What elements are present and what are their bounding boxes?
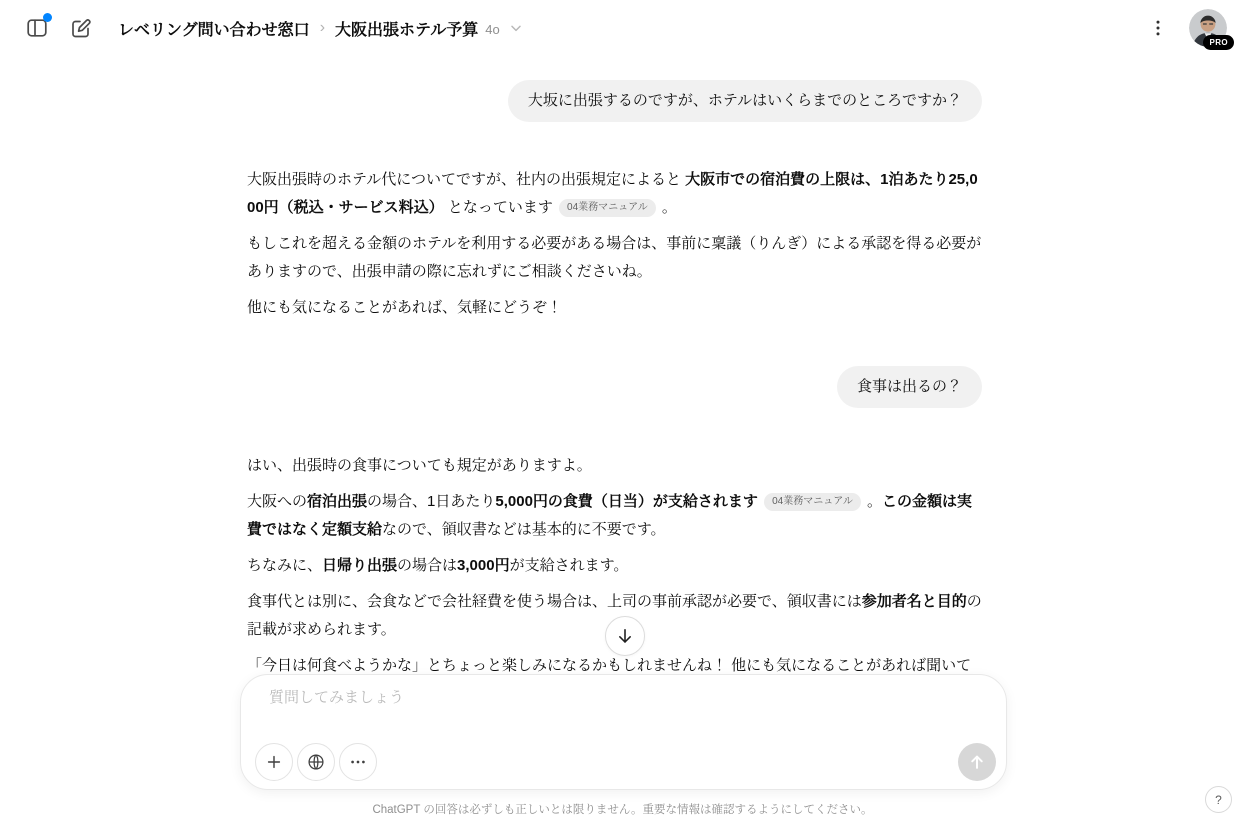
user-message-bubble: 食事は出るの？ xyxy=(837,366,982,408)
assistant-message: 大阪出張時のホテル代についてですが、社内の出張規定によると 大阪市での宿泊費の上… xyxy=(247,166,982,322)
text-segment: となっています xyxy=(444,199,557,216)
citation-badge[interactable]: 04業務マニュアル xyxy=(764,493,861,511)
text-segment: なので、領収書などは基本的に不要です。 xyxy=(382,521,666,538)
conversation: 大坂に出張するのですが、ホテルはいくらまでのところですか？大阪出張時のホテル代に… xyxy=(247,80,982,708)
top-bar: レベリング問い合わせ窓口 › 大阪出張ホテル予算 4o xyxy=(0,0,1245,56)
send-button[interactable] xyxy=(958,743,996,781)
text-segment: 食事代とは別に、会食などで会社経費を使う場合は、上司の事前承認が必要で、領収書に… xyxy=(247,593,862,610)
kebab-menu-icon xyxy=(1148,18,1168,38)
text-segment: 他にも気になることがあれば、気軽にどうぞ！ xyxy=(247,299,562,316)
attach-button[interactable] xyxy=(255,743,293,781)
user-message-row: 大坂に出張するのですが、ホテルはいくらまでのところですか？ xyxy=(247,80,982,122)
text-segment: 。 xyxy=(863,493,882,510)
model-label: 4o xyxy=(485,22,499,37)
citation-badge[interactable]: 04業務マニュアル xyxy=(559,199,656,217)
bold-text: 5,000円の食費（日当）が支給されます xyxy=(495,493,758,510)
message-input[interactable] xyxy=(269,689,988,706)
text-segment: 。 xyxy=(658,199,677,216)
bold-text: 参加者名と目的 xyxy=(862,593,967,610)
new-chat-button[interactable] xyxy=(66,13,96,43)
text-segment: の場合は xyxy=(397,557,457,574)
breadcrumb-project[interactable]: レベリング問い合わせ窓口 xyxy=(118,17,310,40)
text-segment: 大阪出張時のホテル代についてですが、社内の出張規定によると xyxy=(247,171,685,188)
assistant-paragraph: はい、出張時の食事についても規定がありますよ。 xyxy=(247,452,982,480)
account-button[interactable]: PRO xyxy=(1189,9,1227,47)
assistant-message: はい、出張時の食事についても規定がありますよ。大阪への宿泊出張の場合、1日あたり… xyxy=(247,452,982,708)
text-segment: 大阪への xyxy=(247,493,307,510)
text-segment: はい、出張時の食事についても規定がありますよ。 xyxy=(247,457,592,474)
text-segment xyxy=(758,493,762,510)
globe-icon xyxy=(306,752,326,772)
breadcrumb: レベリング問い合わせ窓口 › 大阪出張ホテル予算 4o xyxy=(118,17,524,40)
text-segment: の場合、1日あたり xyxy=(367,493,495,510)
ellipsis-icon xyxy=(348,752,368,772)
pro-badge: PRO xyxy=(1203,35,1234,50)
user-message-bubble: 大坂に出張するのですが、ホテルはいくらまでのところですか？ xyxy=(508,80,982,122)
composer xyxy=(240,674,1007,790)
breadcrumb-chat-title[interactable]: 大阪出張ホテル予算 xyxy=(335,17,478,40)
arrow-down-icon xyxy=(615,626,635,646)
notification-dot xyxy=(43,13,52,22)
bold-text: 宿泊出張 xyxy=(307,493,367,510)
plus-icon xyxy=(264,752,284,772)
assistant-paragraph: 大阪への宿泊出張の場合、1日あたり5,000円の食費（日当）が支給されます 04… xyxy=(247,488,982,544)
bold-text: 3,000円 xyxy=(457,557,510,574)
text-segment: もしこれを超える金額のホテルを利用する必要がある場合は、事前に稟議（りんぎ）によ… xyxy=(247,235,981,280)
bold-text: 日帰り出張 xyxy=(322,557,397,574)
assistant-paragraph: 大阪出張時のホテル代についてですが、社内の出張規定によると 大阪市での宿泊費の上… xyxy=(247,166,982,222)
assistant-paragraph: ちなみに、日帰り出張の場合は3,000円が支給されます。 xyxy=(247,552,982,580)
user-message-row: 食事は出るの？ xyxy=(247,366,982,408)
disclaimer-text: ChatGPT の回答は必ずしも正しいとは限りません。重要な情報は確認するように… xyxy=(0,801,1245,817)
breadcrumb-separator: › xyxy=(320,19,325,37)
assistant-paragraph: 他にも気になることがあれば、気軽にどうぞ！ xyxy=(247,294,982,322)
chevron-down-icon[interactable] xyxy=(508,20,524,36)
sidebar-toggle-button[interactable] xyxy=(22,13,52,43)
question-mark-icon: ? xyxy=(1215,793,1222,807)
compose-icon xyxy=(69,16,93,40)
scroll-to-bottom-button[interactable] xyxy=(605,616,645,656)
arrow-up-icon xyxy=(967,752,987,772)
more-tools-button[interactable] xyxy=(339,743,377,781)
text-segment: ちなみに、 xyxy=(247,557,322,574)
conversation-options-button[interactable] xyxy=(1143,13,1173,43)
help-button[interactable]: ? xyxy=(1205,786,1232,813)
web-search-button[interactable] xyxy=(297,743,335,781)
text-segment: が支給されます。 xyxy=(510,557,629,574)
assistant-paragraph: もしこれを超える金額のホテルを利用する必要がある場合は、事前に稟議（りんぎ）によ… xyxy=(247,230,982,286)
